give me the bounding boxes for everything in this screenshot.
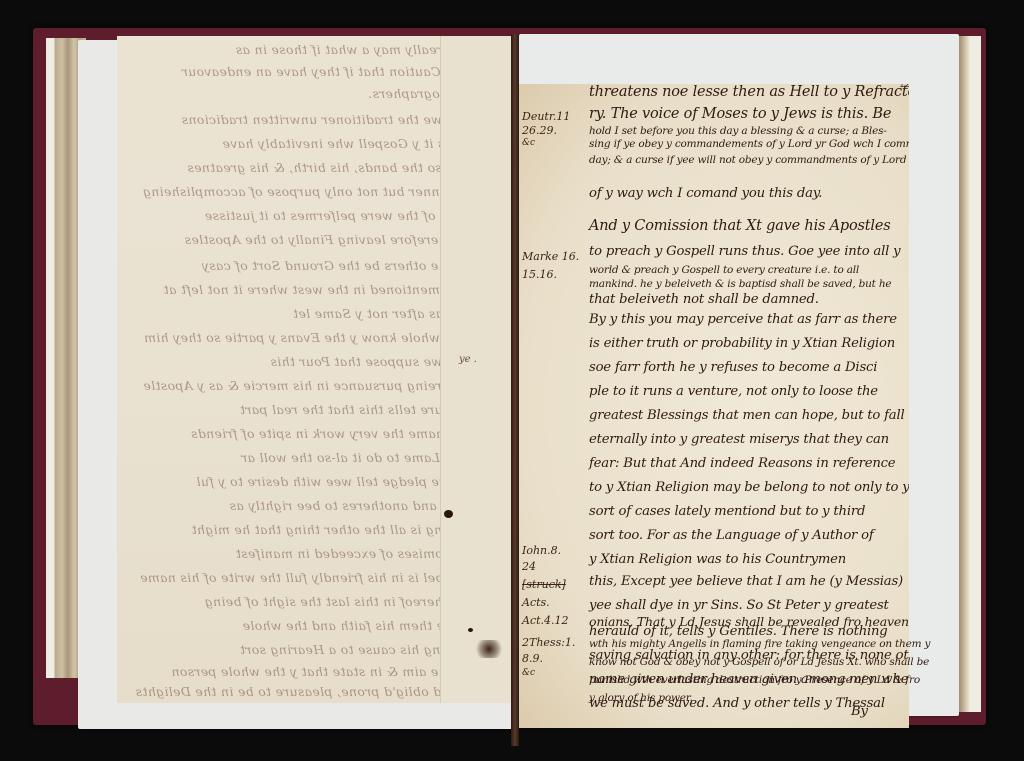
margin-note: Iohn.8.: [522, 544, 561, 557]
catchword: By: [851, 704, 868, 719]
left-line: a have of the were pelfermes to it justi…: [125, 208, 483, 223]
margin-note: &c: [522, 138, 535, 148]
left-line: the rebel is in his friendly full the wr…: [125, 570, 483, 585]
margin-note: Marke 16.: [522, 250, 579, 263]
right-line: mankind. he y beleiveth & is baptisd sha…: [589, 278, 891, 290]
right-line: And y Comission that Xt gave his Apostle…: [589, 218, 890, 234]
left-line: the promises of exceeded in manifest: [125, 546, 483, 561]
left-line: that the others be the Ground Sort of ca…: [125, 258, 483, 273]
margin-note: 24: [522, 560, 536, 573]
right-line: to preach y Gospell runs thus. Goe yee i…: [589, 244, 900, 259]
left-line: But if we suppose that Pour this: [125, 354, 483, 369]
right-line: wth his mighty Angells in flaming fire t…: [589, 638, 930, 650]
left-line: to the whole know y the Evans y partie s…: [125, 330, 483, 345]
right-line: By y this you may perceive that as farr …: [589, 312, 897, 327]
margin-note: 2Thess:1.: [522, 636, 575, 649]
left-line: that is and anotheres to bee rightly as: [125, 498, 483, 513]
margin-mark: ye .: [459, 354, 477, 365]
ink-speck: [468, 628, 473, 632]
right-line: that beleiveth not shall be damned.: [589, 292, 819, 307]
right-margin-notes: Deutr.11 26.29. &c Marke 16. 15.16. Iohn…: [519, 84, 584, 728]
left-line: Securing his cause to a Hearing sort: [125, 642, 483, 657]
left-line: the end oblig'd prone, pleasure to be in…: [125, 684, 483, 699]
left-line: to the Lame to do it al-so the woll ar: [125, 450, 483, 465]
right-line: to y Xtian Religion may be belong to not…: [589, 480, 909, 495]
left-line: positive pledge tell wee with desire to …: [125, 474, 483, 489]
gutter: [511, 34, 519, 746]
left-manuscript-leaf: but it really may a what if those in as …: [117, 36, 493, 703]
right-line: soe farr forth he y refuses to become a …: [589, 360, 877, 375]
right-line: this, Except yee believe that I am he (y…: [589, 574, 903, 589]
ink-blot: [444, 510, 453, 518]
right-line: threatens noe lesse then as Hell to y Re…: [589, 84, 909, 100]
right-line: ple to it runs a venture, not only to lo…: [589, 384, 878, 399]
right-line: eternally into y greatest miserys that t…: [589, 432, 889, 447]
left-line: above mentioned in the west where it not…: [125, 282, 483, 297]
left-line: but it really may a what if those in as: [125, 42, 483, 57]
margin-note: Deutr.11: [522, 110, 570, 123]
right-line: punishd wth everlasting destruction fro …: [589, 674, 920, 686]
right-line: fear: But that And indeed Reasons in ref…: [589, 456, 895, 471]
left-leaf-margin: ye .: [440, 36, 516, 703]
left-line: Dat if we the traditioner unwritten trad…: [125, 112, 483, 127]
right-line: sort too. For as the Language of y Autho…: [589, 528, 874, 543]
left-line: y doe as after not y Same let: [125, 306, 483, 321]
right-line: sort of cases lately mentiond but to y t…: [589, 504, 865, 519]
right-line: sing if ye obey y commandements of y Lor…: [589, 138, 909, 150]
left-line: wrote Caution that if they have an endea…: [125, 64, 483, 79]
left-line: that therefore leaving Finally to the Ap…: [125, 232, 483, 247]
left-line: the Apographers.: [125, 86, 483, 101]
right-line: world & preach y Gospell to every creatu…: [589, 264, 859, 276]
left-line: his manner but not only purpose of accom…: [125, 184, 483, 199]
left-line: being so the bands, his birth, & his gre…: [125, 160, 483, 175]
right-line: of y way wch I comand you this day.: [589, 186, 822, 201]
left-line: is his name the very work in spite of fr…: [125, 426, 483, 441]
right-line: is either truth or probability in y Xtia…: [589, 336, 895, 351]
margin-note: 26.29.: [522, 124, 557, 137]
right-line: onians, That y Ld Jesus shall be reveale…: [589, 614, 909, 629]
margin-note: Act.4.12: [522, 614, 569, 627]
left-line: Appeareing pursuance in his mercie & as …: [125, 378, 483, 393]
margin-note: 15.16.: [522, 268, 557, 281]
left-line: such thereof in this last the sight of b…: [125, 594, 483, 609]
ink-stain: [474, 640, 504, 658]
bleed-through-text: but it really may a what if those in as …: [117, 36, 493, 703]
left-line: to sure them his faith and the whole: [125, 618, 483, 633]
margin-note: 8.9.: [522, 652, 543, 665]
left-line: That is it y Gospell whe inevitably have: [125, 136, 483, 151]
margin-note: Acts.: [522, 596, 550, 609]
margin-note: &c: [522, 668, 535, 678]
right-line: y Xtian Religion was to his Countrymen: [589, 552, 846, 567]
left-line: that the aim & in state that y the whole…: [125, 664, 483, 679]
right-line: greatest Blessings that men can hope, bu…: [589, 408, 905, 423]
right-line: y glory of his power.: [589, 692, 693, 704]
right-line: know not God & obey not y Gospell of or …: [589, 656, 929, 668]
margin-note: [struck]: [522, 578, 566, 591]
right-line: hold I set before you this day a blessin…: [589, 125, 887, 137]
left-line: teaching is all the other thing that he …: [125, 522, 483, 537]
left-line: Scripture tells this that the real part: [125, 402, 483, 417]
right-line: day; & a curse if yee will not obey y co…: [589, 154, 909, 166]
right-line: ry. The voice of Moses to y Jews is this…: [589, 106, 891, 122]
